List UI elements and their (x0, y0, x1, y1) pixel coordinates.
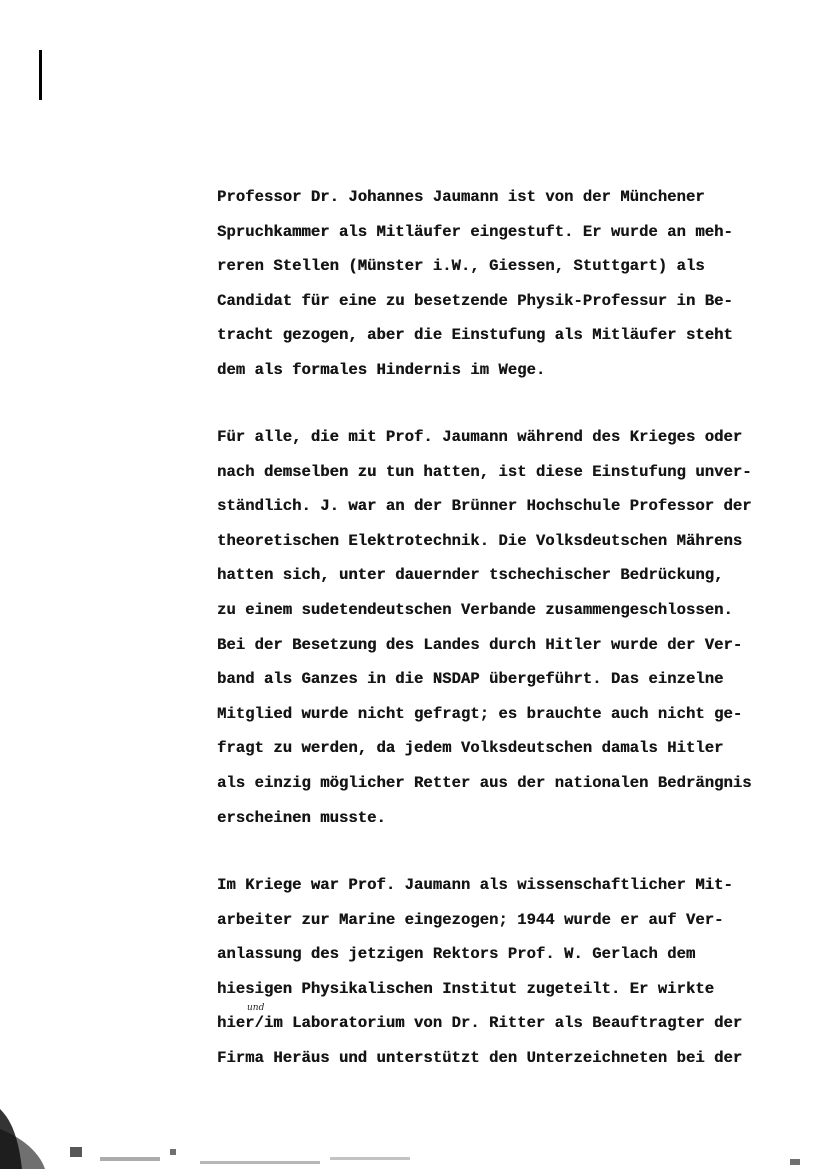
text-line: reren Stellen (Münster i.W., Giessen, St… (217, 249, 817, 284)
text-line: Professor Dr. Johannes Jaumann ist von d… (217, 180, 817, 215)
text-line: fragt zu werden, da jedem Volksdeutschen… (217, 731, 817, 766)
text-line: Firma Heräus und unterstützt den Unterze… (217, 1041, 817, 1076)
paragraph-2: Für alle, die mit Prof. Jaumann während … (217, 420, 817, 835)
text-line: nach demselben zu tun hatten, ist diese … (217, 455, 817, 490)
text-line: hiesigen Physikalischen Institut zugetei… (217, 972, 817, 1007)
text-line: Spruchkammer als Mitläufer eingestuft. E… (217, 215, 817, 250)
handwritten-annotation: und (247, 1003, 264, 1013)
text-line: band als Ganzes in die NSDAP übergeführt… (217, 662, 817, 697)
paragraph-3: Im Kriege war Prof. Jaumann als wissensc… (217, 868, 817, 1076)
text-line: hatten sich, unter dauernder tschechisch… (217, 558, 817, 593)
margin-mark (39, 50, 42, 100)
text-line: dem als formales Hindernis im Wege. (217, 353, 817, 388)
text-line: erscheinen musste. (217, 801, 817, 836)
text-line: ständlich. J. war an der Brünner Hochsch… (217, 489, 817, 524)
text-line: theoretischen Elektrotechnik. Die Volksd… (217, 524, 817, 559)
text-line: zu einem sudetendeutschen Verbande zusam… (217, 593, 817, 628)
document-page: Professor Dr. Johannes Jaumann ist von d… (0, 0, 819, 1169)
text-line: Im Kriege war Prof. Jaumann als wissensc… (217, 868, 817, 903)
text-line: tracht gezogen, aber die Einstufung als … (217, 318, 817, 353)
text-line: Mitglied wurde nicht gefragt; es braucht… (217, 697, 817, 732)
text-line: hier/im Laboratorium von Dr. Ritter als … (217, 1006, 817, 1041)
text-line: Candidat für eine zu besetzende Physik-P… (217, 284, 817, 319)
paragraph-1: Professor Dr. Johannes Jaumann ist von d… (217, 180, 817, 388)
text-line: anlassung des jetzigen Rektors Prof. W. … (217, 937, 817, 972)
text-line: Für alle, die mit Prof. Jaumann während … (217, 420, 817, 455)
text-line: als einzig möglicher Retter aus der nati… (217, 766, 817, 801)
text-line: Bei der Besetzung des Landes durch Hitle… (217, 628, 817, 663)
text-line: arbeiter zur Marine eingezogen; 1944 wur… (217, 903, 817, 938)
